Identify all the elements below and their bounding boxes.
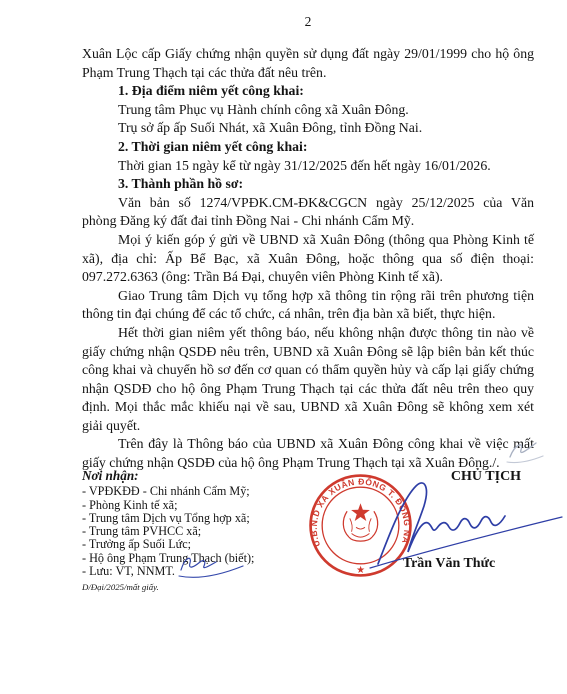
page-number: 2 bbox=[82, 14, 534, 30]
section-heading: 3. Thành phần hồ sơ: bbox=[82, 175, 534, 194]
recipient-item: - Trung tâm Dịch vụ Tổng hợp xã; bbox=[82, 512, 332, 525]
body-paragraph: Trụ sở ấp ấp Suối Nhát, xã Xuân Đông, tỉ… bbox=[82, 119, 534, 138]
body-paragraph: Giao Trung tâm Dịch vụ tổng hợp xã thông… bbox=[82, 287, 534, 324]
section-heading: 2. Thời gian niêm yết công khai: bbox=[82, 138, 534, 157]
document-page: 2 Xuân Lộc cấp Giấy chứng nhận quyền sử … bbox=[0, 0, 567, 694]
document-body: Xuân Lộc cấp Giấy chứng nhận quyền sử dụ… bbox=[82, 45, 534, 473]
body-paragraph: Văn bản số 1274/VPĐK.CM-ĐK&CGCN ngày 25/… bbox=[82, 194, 534, 231]
body-paragraph: Hết thời gian niêm yết thông báo, nếu kh… bbox=[82, 324, 534, 436]
body-paragraph: Trên đây là Thông báo của UBND xã Xuân Đ… bbox=[82, 435, 534, 472]
body-paragraph: Xuân Lộc cấp Giấy chứng nhận quyền sử dụ… bbox=[82, 45, 534, 82]
chairman-signature-icon bbox=[360, 476, 566, 572]
body-paragraph: Mọi ý kiến góp ý gửi về UBND xã Xuân Đôn… bbox=[82, 231, 534, 287]
body-paragraph: Trung tâm Phục vụ Hành chính công xã Xuâ… bbox=[82, 101, 534, 120]
recipients-label: Nơi nhận: bbox=[82, 469, 332, 482]
recipient-item: - Phòng Kinh tế xã; bbox=[82, 499, 332, 512]
recipient-item: - Trưởng ấp Suối Lức; bbox=[82, 538, 332, 551]
clerk-paraph-icon bbox=[175, 553, 249, 581]
recipient-item: - Trung tâm PVHCC xã; bbox=[82, 525, 332, 538]
recipient-item: - VPĐKĐĐ - Chi nhánh Cẩm Mỹ; bbox=[82, 485, 332, 498]
closing-paraph-icon bbox=[503, 438, 549, 466]
file-reference-note: D/Đại/2025/mất giấy. bbox=[82, 581, 332, 594]
section-heading: 1. Địa điểm niêm yết công khai: bbox=[82, 82, 534, 101]
body-paragraph: Thời gian 15 ngày kể từ ngày 31/12/2025 … bbox=[82, 157, 534, 176]
